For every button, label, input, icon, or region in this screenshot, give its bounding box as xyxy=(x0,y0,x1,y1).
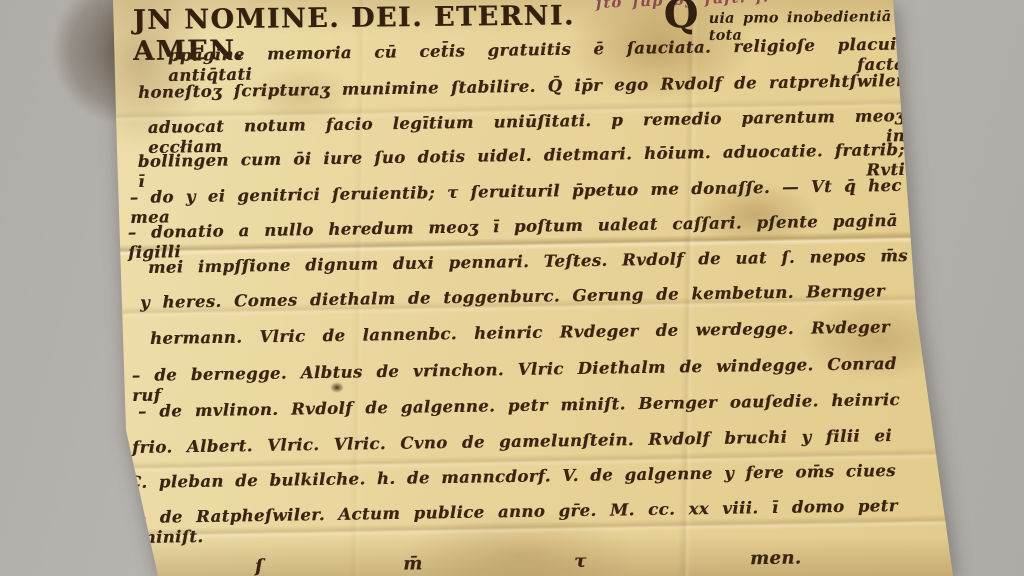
manuscript-line-cutoff: ſ m̄ τ men. xyxy=(255,546,905,576)
manuscript-line: – de Ratpheſwiler. Actum publice anno gr… xyxy=(138,496,899,548)
parchment: ſtō ſup̄ bʒ ſuſt. f. N 2. JN NOMINE. DEI… xyxy=(0,0,1024,576)
manuscript-photo: ſtō ſup̄ bʒ ſuſt. f. N 2. JN NOMINE. DEI… xyxy=(0,0,1024,576)
manuscript-line: frio. Albert. Vlric. Vlric. Cvno de game… xyxy=(132,426,892,458)
parchment-wrap: ſtō ſup̄ bʒ ſuſt. f. N 2. JN NOMINE. DEI… xyxy=(0,0,1024,576)
manuscript-line: C. pleban de bulkilche. h. de manncdorf.… xyxy=(128,461,896,493)
manuscript-line: hermann. Vlric de lannenbc. heinric Rvde… xyxy=(150,317,890,348)
initial-letter: Q xyxy=(664,0,699,30)
manuscript-line: y heres. Comes diethalm de toggenburc. G… xyxy=(140,281,885,312)
